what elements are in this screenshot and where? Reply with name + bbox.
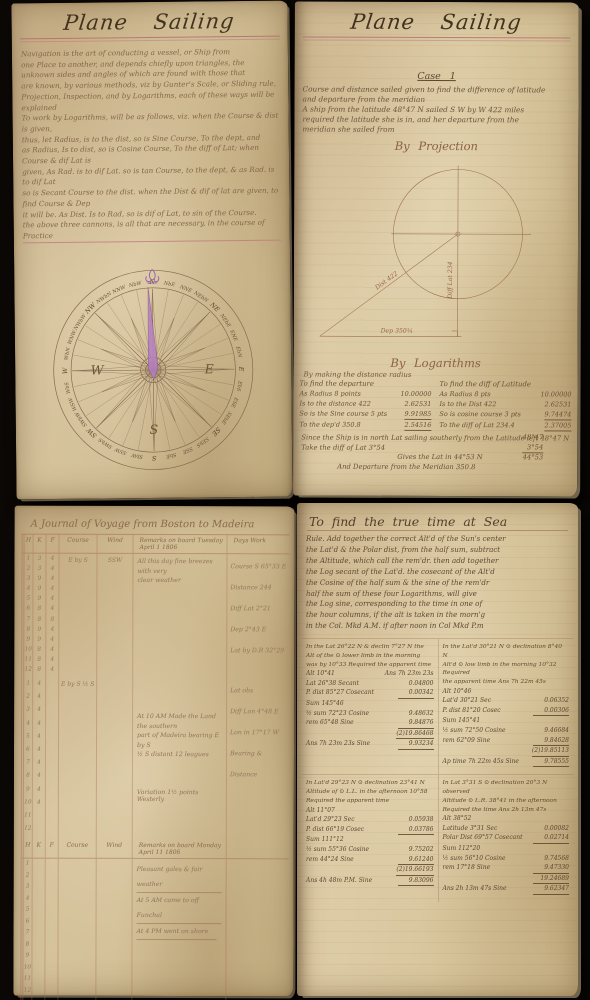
distance-line: [320, 234, 458, 337]
fathoms-cell: 4: [46, 645, 58, 655]
knots-cell: 9: [33, 574, 45, 584]
calc-value: (2)19.86468: [396, 729, 433, 740]
calc-value: Ans 7h 23m 23s: [385, 669, 434, 679]
calc-line: Ans 7h 23m 23s Sine9.93234: [306, 739, 434, 750]
case-statement: Course and distance sailed given to find…: [294, 82, 578, 136]
calc-line: Ans 2h 13m 47s Sine9.62347: [443, 884, 570, 895]
page-bottom-left: A Journal of Voyage from Boston to Madei…: [13, 506, 294, 997]
calc-value: 9.78555: [533, 757, 569, 768]
calc-value: 0.04800: [398, 679, 434, 689]
svg-text:NWbN: NWbN: [95, 290, 114, 306]
logarithm-row: So is cosine course 3 pts 9.74474: [439, 409, 571, 420]
knots-cell: 8: [33, 645, 45, 655]
svg-text:NNE: NNE: [178, 283, 193, 294]
knots-cell: 8: [33, 655, 45, 665]
calc-label: Ans 4h 48m P.M. Sine: [306, 876, 372, 887]
knots-cell: 4: [33, 770, 45, 783]
example-intro-line: was by 10°33 Required the apparent time: [306, 661, 434, 670]
navigation-paragraph: Navigation is the art of conducting a ve…: [12, 47, 290, 244]
calc-line: Latitude 3°31 Sec0.00082: [443, 824, 570, 834]
fathoms-cell: 4: [46, 564, 58, 574]
calc-value: 9.83096: [398, 876, 434, 887]
hour-cell: 10: [23, 962, 31, 974]
knots-cell: 4: [33, 797, 45, 810]
fathoms-cell: 8: [46, 614, 58, 624]
logarithms-heading: By Logarithms: [294, 356, 578, 371]
calc-value: 9.84876: [398, 718, 434, 729]
case-line: meridian she sailed from: [302, 125, 570, 136]
example-3: In Lat'd 29°23 N ⊙ declination 23°41 NAl…: [302, 774, 438, 902]
hour-cell: 12: [23, 985, 31, 997]
calc-line: ½ sum 55°36 Cosine9.75202: [306, 845, 434, 855]
calc-line: Lat'd 30°21 Sec0.06352: [443, 696, 570, 706]
svg-text:NbW: NbW: [128, 280, 144, 289]
days-work-entry: Diff Lat 2°21: [230, 598, 286, 619]
knots-cell: 4: [33, 704, 45, 717]
calc-value: 9.93234: [398, 739, 434, 750]
col-header-fathoms: F: [46, 840, 59, 858]
departure-column: To find the departure As Radius 8 points…: [299, 380, 431, 431]
svg-text:SWbS: SWbS: [97, 436, 114, 450]
page-title: Plane Sailing: [10, 1, 290, 36]
calc-label: ½ sum 72°50 Cosine: [443, 726, 506, 736]
calc-label: Lat 26°38 Secant: [306, 679, 359, 689]
logarithm-row: To the dep'd 350.8 2.54516: [299, 420, 431, 431]
example-intro-line: Altitude of ⊙ L.L. in the afternoon 10°5…: [306, 788, 434, 797]
calc-label: rem 62°09 Sine: [443, 736, 491, 747]
svg-text:WbN: WbN: [64, 346, 72, 360]
calc-line: Sum 145°46: [306, 699, 434, 709]
paragraph-line: as Radius, Is to dist, so is Cosine Cour…: [22, 143, 280, 167]
calc-label: Ans 7h 23m 23s Sine: [306, 739, 370, 750]
example-intro-line: In the Lat'd 30°21 N ⊙ declination 8°40 …: [443, 643, 570, 660]
calc-line: Sum 111°12: [306, 835, 434, 845]
svg-text:EbN: EbN: [234, 345, 243, 359]
remark-line: At 5 AM came to off Funchal: [137, 893, 222, 924]
svg-text:W: W: [61, 367, 69, 374]
row-label: Is to the distance 422: [299, 399, 371, 409]
calc-value: [398, 806, 434, 816]
hour-cell: 6: [24, 604, 32, 614]
row-label: To the dep'd 350.8: [299, 420, 360, 431]
calc-value: 9.62347: [533, 884, 569, 895]
row-label: Is to the Dist 422: [439, 399, 496, 409]
knots-cell: 4: [33, 730, 45, 743]
subtraction-stack: 48°47 3°54 44°53: [523, 433, 544, 463]
calc-value: 9.46684: [533, 726, 569, 736]
calc-label: rem 17°18 Sine: [443, 863, 491, 874]
days-work-entry: Course S 65°33 E: [230, 556, 286, 577]
col-header-wind: Wind: [98, 535, 134, 553]
knots-cell: 4: [33, 783, 45, 796]
days-work-entry: Lon in 17°17 W: [230, 722, 286, 743]
hour-cell: 1: [24, 859, 32, 871]
col-header-fathoms: F: [47, 535, 60, 553]
hour-cell: 2: [24, 691, 32, 704]
calc-line: Lat'd 29°23 Sec0.05938: [306, 815, 434, 825]
row-label: As Radius 8 points: [299, 389, 360, 399]
page-title: Plane Sailing: [293, 2, 581, 35]
paragraph-line: To work by Logarithms, will be as follow…: [22, 111, 280, 135]
calc-label: Polar Dist 69°57 Cosecant: [443, 833, 523, 844]
calc-label: Sum 112°20: [443, 844, 481, 854]
calc-label: ½ sum 55°36 Cosine: [306, 845, 369, 855]
col-header-knots: K: [34, 535, 47, 553]
col-header-knots: K: [33, 840, 46, 858]
calc-value: 9.48632: [398, 709, 434, 719]
row-label: As Radius 8 pts: [439, 389, 490, 399]
rule-line: half the sum of these four Logarithms, w…: [297, 589, 578, 600]
hour-cell: 12: [24, 823, 32, 836]
calc-line: Ap time 7h 22m 45s Sine9.78555: [443, 757, 570, 768]
calc-value: 0.00342: [398, 688, 434, 699]
knots-cell: 9: [33, 594, 45, 604]
col-header-remarks: Remarks on board Tuesday April 1 1806: [134, 535, 228, 553]
row-value: 9.91985: [405, 409, 432, 420]
compass-rose-diagram: NNbENNENEbNNENEbEENEEbNEEbSESESEbESESEbS…: [36, 252, 270, 486]
svg-text:NE: NE: [208, 300, 222, 314]
hour-cell: 5: [24, 594, 32, 604]
svg-text:WbS: WbS: [64, 381, 72, 394]
hour-cell: 2: [24, 870, 32, 882]
remark-line: Pleasant gales & fair weather: [137, 862, 222, 893]
days-work-entry: Lat by D.R 32°29: [230, 640, 286, 661]
example-intro-line: In Lat 3°31 S ⊙ declination 20°3 N obser…: [443, 779, 570, 796]
calc-line: (2)19.66193: [306, 865, 434, 876]
row-value: 10.00000: [540, 389, 571, 399]
svg-text:WSW: WSW: [67, 396, 78, 412]
hour-cell: 9: [23, 951, 31, 963]
rule-line: the Cosine of the half sum & the sine of…: [297, 578, 578, 589]
col-header-hours: H: [22, 535, 34, 553]
page-top-left: Plane Sailing Navigation is the art of c…: [11, 1, 292, 500]
days-work-entry: Distance 244: [230, 577, 286, 598]
closing-computation: Since the Ship is in north Lat sailing s…: [293, 431, 577, 473]
sub-top: 48°47: [523, 433, 544, 443]
calc-value: 9.75202: [398, 845, 434, 855]
fathoms-cell: 4: [46, 624, 58, 634]
row-value: 9.74474: [545, 409, 572, 420]
row-label: So is cosine course 3 pts: [439, 409, 520, 420]
fathoms-cell: 4: [46, 665, 58, 675]
calc-label: P. dist 85°27 Cosecant: [306, 688, 374, 699]
course-entry: E by S ½ S: [59, 678, 96, 688]
calc-label: Lat'd 29°23 Sec: [306, 815, 355, 825]
calc-label: P. dist 66°19 Cosec: [306, 825, 364, 836]
svg-text:SEbS: SEbS: [195, 435, 210, 448]
row-label: To the diff of Lat 234.4: [439, 420, 514, 431]
sub-result: 44°53: [523, 453, 544, 463]
calc-line: Alt 10°46: [443, 687, 570, 697]
calc-label: P. dist 81°20 Cosec: [443, 706, 501, 717]
hour-cell: 7: [24, 928, 32, 940]
days-work-entry: Diff Lon 4°48 E: [230, 701, 286, 722]
example-1: In the Lat 26°22 N & declin 7°27 N theAl…: [302, 638, 438, 774]
fathoms-cell: 4: [46, 604, 58, 614]
knots-cell: 8: [33, 665, 45, 675]
calc-line: P. dist 85°27 Cosecant0.00342: [306, 688, 434, 699]
hour-cell: 5: [24, 730, 32, 743]
knots-cell: 4: [33, 691, 45, 704]
logarithm-columns: To find the departure As Radius 8 points…: [293, 379, 577, 432]
compass-south-letter: S: [149, 421, 158, 436]
fathoms-cell: 4: [46, 584, 58, 594]
example-2: In the Lat'd 30°21 N ⊙ declination 8°40 …: [438, 638, 574, 774]
calc-label: rem 65°48 Sine: [306, 718, 354, 729]
svg-text:SEbE: SEbE: [220, 410, 233, 425]
calc-line: Lat 26°38 Secant0.04800: [306, 679, 434, 689]
calc-value: 9.61240: [398, 855, 434, 866]
calc-value: 19.24689: [533, 874, 569, 885]
rule-line: in the Col. Mkd A.M. if after noon in Co…: [297, 621, 578, 632]
svg-text:NNW: NNW: [111, 284, 128, 296]
calc-label: Alt 38°52: [443, 814, 472, 824]
hour-cell: 4: [24, 717, 32, 730]
knots-cell: 3: [33, 554, 45, 564]
col-header-remarks: Remarks on board Monday April 11 1806: [133, 840, 227, 858]
compass-rose-figure: NNbENNENEbNNENEbEENEEbNEEbSESESEbESESEbS…: [14, 252, 292, 491]
logarithm-row: As Radius 8 points 10.00000: [299, 389, 431, 399]
col-header-hours: H: [21, 840, 33, 858]
calc-label: Ans 2h 13m 47s Sine: [443, 884, 507, 895]
compass-west-letter: W: [91, 362, 105, 377]
paragraph-line: Projection, Inspection, and by Logarithm…: [21, 89, 279, 113]
calc-value: [398, 835, 434, 845]
title-underline: [307, 530, 568, 531]
row-value: 2.54516: [404, 420, 431, 431]
calc-label: Alt 10°41: [306, 669, 335, 679]
calc-value: 0.06352: [533, 696, 569, 706]
example-4: In Lat 3°31 S ⊙ declination 20°3 N obser…: [438, 774, 574, 902]
calc-line: P. dist 81°20 Cosec0.00306: [443, 706, 570, 717]
calc-value: 0.00306: [533, 706, 569, 717]
calc-value: (2)19.85113: [532, 746, 569, 757]
calc-value: [533, 687, 569, 697]
calc-line: 19.24689: [443, 874, 570, 885]
fathoms-cell: 4: [46, 655, 58, 665]
hour-cell: 6: [24, 916, 32, 928]
calc-label: Latitude 3°31 Sec: [443, 824, 498, 834]
logarithm-row: So is the Sine course 5 pts 9.91985: [299, 409, 431, 420]
example-intro-line: Required the time Ans 2h 13m 47s: [443, 806, 570, 815]
calc-line: Alt 11°07: [306, 806, 434, 816]
svg-text:NW: NW: [83, 301, 98, 316]
calc-value: (2)19.66193: [396, 865, 433, 876]
departure-label: Dep 350¾: [380, 328, 413, 335]
wind-entry: SSW: [97, 554, 132, 564]
calc-line: (2)19.85113: [443, 746, 570, 757]
hour-cell: 8: [24, 624, 32, 634]
calc-line: Alt 38°52: [443, 814, 570, 824]
remark-line: At 4 PM went on shore: [137, 924, 217, 940]
calc-line: Alt 10°41Ans 7h 23m 23s: [306, 669, 434, 679]
example-intro-line: Altitude ⊙ L.R. 38°41 in the afternoon: [443, 797, 570, 806]
fathoms-cell: 4: [46, 594, 58, 604]
column-title: To find the diff of Latitude: [440, 380, 572, 388]
knots-cell: 4: [33, 678, 45, 691]
journal-table: H K F Course Wind Remarks on board Tuesd…: [20, 534, 289, 1000]
closing-line: And Departure from the Meridian 350.8: [337, 462, 569, 472]
compass-east-letter: E: [204, 361, 214, 376]
hour-cell: 4: [24, 584, 32, 594]
svg-text:NEbE: NEbE: [218, 312, 232, 329]
sub-bottom: 3°54: [523, 443, 544, 454]
manuscript-photo: Plane Sailing Navigation is the art of c…: [0, 0, 590, 1000]
row-value: 2.37005: [544, 420, 571, 431]
row-value: 2.62531: [405, 399, 432, 409]
hour-cell: 2: [24, 564, 32, 574]
right-angle-mark: [452, 331, 458, 337]
example-intro-line: the apparent time Ans 7h 22m 45s: [443, 678, 570, 687]
hour-cell: 10: [24, 796, 32, 809]
calc-line: rem 17°18 Sine9.47330: [443, 863, 570, 874]
example-intro-line: Alt of the ⊙ lower limb in the morning: [306, 652, 434, 661]
calc-value: 0.05938: [398, 815, 434, 825]
remark-line: clear weather: [137, 576, 222, 586]
fathoms-cell: 4: [46, 554, 58, 564]
hour-cell: 4: [24, 893, 32, 905]
calc-line: ½ sum 56°10 Cosine9.74568: [443, 854, 570, 864]
hour-cell: 8: [24, 770, 32, 783]
svg-text:SbE: SbE: [165, 451, 177, 459]
vertical-line: [458, 166, 459, 337]
journal-section-day1: 123456789101112 339998899888 44444484444…: [21, 554, 289, 679]
title-rule: [303, 37, 571, 42]
days-work-entry: Lat obs: [230, 680, 286, 701]
journal-header-row: H K F Course Wind Remarks on board Tuesd…: [22, 535, 290, 555]
latitude-column: To find the diff of Latitude As Radius 8…: [439, 380, 571, 431]
knots-cell: 3: [33, 564, 45, 574]
hour-cell: 9: [24, 783, 32, 796]
days-work-entry: Dep 2°43 E: [230, 619, 286, 640]
calc-line: rem 62°09 Sine9.84628: [443, 736, 570, 747]
calc-label: Sum 111°12: [306, 835, 344, 845]
paragraph-line: the above three cannons, is all that are…: [23, 218, 281, 243]
calc-line: rem 44°24 Sine9.61240: [306, 855, 434, 866]
calc-label: rem 44°24 Sine: [306, 855, 354, 866]
calc-value: 0.03786: [398, 825, 434, 836]
knots-cell: 4: [33, 717, 45, 730]
svg-text:SbW: SbW: [130, 451, 144, 459]
rule-line: the Log secant of the Lat'd. the cosecan…: [297, 567, 578, 578]
svg-text:ENE: ENE: [228, 328, 239, 342]
course-entry: E by S: [59, 554, 96, 564]
logarithm-row: To the diff of Lat 234.4 2.37005: [439, 420, 571, 431]
calc-line: (2)19.86468: [306, 729, 434, 740]
calc-value: 0.00082: [533, 824, 569, 834]
paragraph-line: so is Secant Course to the dist. when th…: [22, 186, 280, 210]
remark-line: ½ S distant 12 leagues: [137, 750, 222, 760]
remark-line: At 10 AM Made the Land the southern: [137, 712, 222, 731]
projection-heading: By Projection: [294, 139, 578, 154]
col-header-wind: Wind: [97, 840, 133, 858]
journal-header-row: H K F Course Wind Remarks on board Monda…: [21, 840, 289, 860]
svg-text:NEbN: NEbN: [192, 289, 210, 303]
example-intro-line: Alt'd ⊙ low limb in the morning 10°32 Re…: [443, 661, 570, 678]
calc-value: 9.74568: [533, 854, 569, 864]
col-header-course: Course: [60, 535, 98, 553]
remark-line: part of Madeira bearing E by S: [137, 731, 222, 750]
svg-text:SWbW: SWbW: [74, 409, 89, 427]
calc-label: Alt 11°07: [306, 806, 335, 816]
remark-line: All this day fine breezes with very: [137, 557, 222, 576]
hour-cell: 12: [24, 665, 32, 675]
logarithm-row: Is to the distance 422 2.62531: [299, 399, 431, 409]
calc-label: ½ sum 56°10 Cosine: [443, 854, 506, 864]
hour-cell: 7: [24, 757, 32, 770]
calc-label: Alt 10°46: [443, 687, 472, 697]
calc-value: [398, 699, 434, 709]
days-work-entry: Distance: [230, 764, 286, 785]
journal-section-day3: 123456789101112 Pleasant gales & fair we…: [20, 859, 288, 1000]
svg-text:S: S: [151, 454, 156, 462]
rule-line: the hour columns, if the alt is taken in…: [297, 610, 578, 621]
calc-value: [533, 814, 569, 824]
days-work-entry: Bearing &: [230, 743, 286, 764]
logarithm-row: As Radius 8 pts 10.00000: [439, 389, 571, 399]
calc-value: [533, 716, 569, 726]
hour-cell: 7: [24, 614, 32, 624]
journal-section-day2: 123456789101112 4444444444 E by S ½ S At…: [21, 678, 289, 841]
hour-cell: 10: [24, 645, 32, 655]
col-header-course: Course: [59, 840, 97, 858]
rule-line: Rule. Add together the correct Alt'd of …: [297, 534, 578, 545]
fathoms-cell: 4: [46, 634, 58, 644]
title-rule: [20, 36, 280, 43]
calc-value: 9.84628: [533, 736, 569, 747]
calc-line: ½ sum 72°23 Cosine9.48632: [306, 709, 434, 719]
hour-cell: 9: [24, 634, 32, 644]
true-time-title: To find the true time at Sea: [297, 503, 578, 530]
svg-text:E: E: [237, 365, 245, 371]
svg-text:NbE: NbE: [162, 280, 175, 288]
knots-cell: 9: [33, 584, 45, 594]
rule-line: the Lat'd & the Polar dist, from the hal…: [297, 545, 578, 556]
calc-line: ½ sum 72°50 Cosine9.46684: [443, 726, 570, 736]
example-intro-line: In the Lat 26°22 N & declin 7°27 N the: [306, 643, 434, 652]
hour-cell: 5: [24, 905, 32, 917]
calc-value: 0.02714: [533, 833, 569, 844]
svg-text:EbS: EbS: [235, 379, 243, 392]
knots-cell: 9: [33, 634, 45, 644]
hour-cell: 6: [24, 744, 32, 757]
hour-cell: 11: [23, 974, 31, 986]
row-value: 2.62531: [545, 399, 572, 409]
calc-label: Sum 145°41: [443, 716, 481, 726]
rule-line: the Log sine, corresponding to the time …: [297, 599, 578, 610]
hour-cell: 8: [23, 939, 31, 951]
hour-cell: 1: [24, 678, 32, 691]
column-title: To find the departure: [300, 380, 432, 388]
worked-examples: In the Lat 26°22 N & declin 7°27 N theAl…: [297, 638, 578, 902]
hour-cell: 1: [24, 554, 32, 564]
rule-line: the Altitude, which call the rem'dr. the…: [297, 556, 578, 567]
calc-line: rem 65°48 Sine9.84876: [306, 718, 434, 729]
svg-text:SW: SW: [85, 426, 99, 440]
journal-title: A Journal of Voyage from Boston to Madei…: [15, 506, 295, 535]
knots-cell: 4: [33, 744, 45, 757]
calc-value: 9.47330: [533, 863, 569, 874]
page-top-right: Plane Sailing Case 1 Course and distance…: [293, 2, 579, 497]
knots-cell: 4: [33, 757, 45, 770]
fathoms-cell: 4: [46, 574, 58, 584]
variation-note: Variation 1½ points Westerly: [133, 763, 226, 803]
calc-line: Ans 4h 48m P.M. Sine9.83096: [306, 876, 434, 887]
calc-label: Sum 145°46: [306, 699, 344, 709]
knots-cell: 8: [33, 614, 45, 624]
calc-line: P. dist 66°19 Cosec0.03786: [306, 825, 434, 836]
logarithm-row: Is to the Dist 422 2.62531: [439, 399, 571, 409]
